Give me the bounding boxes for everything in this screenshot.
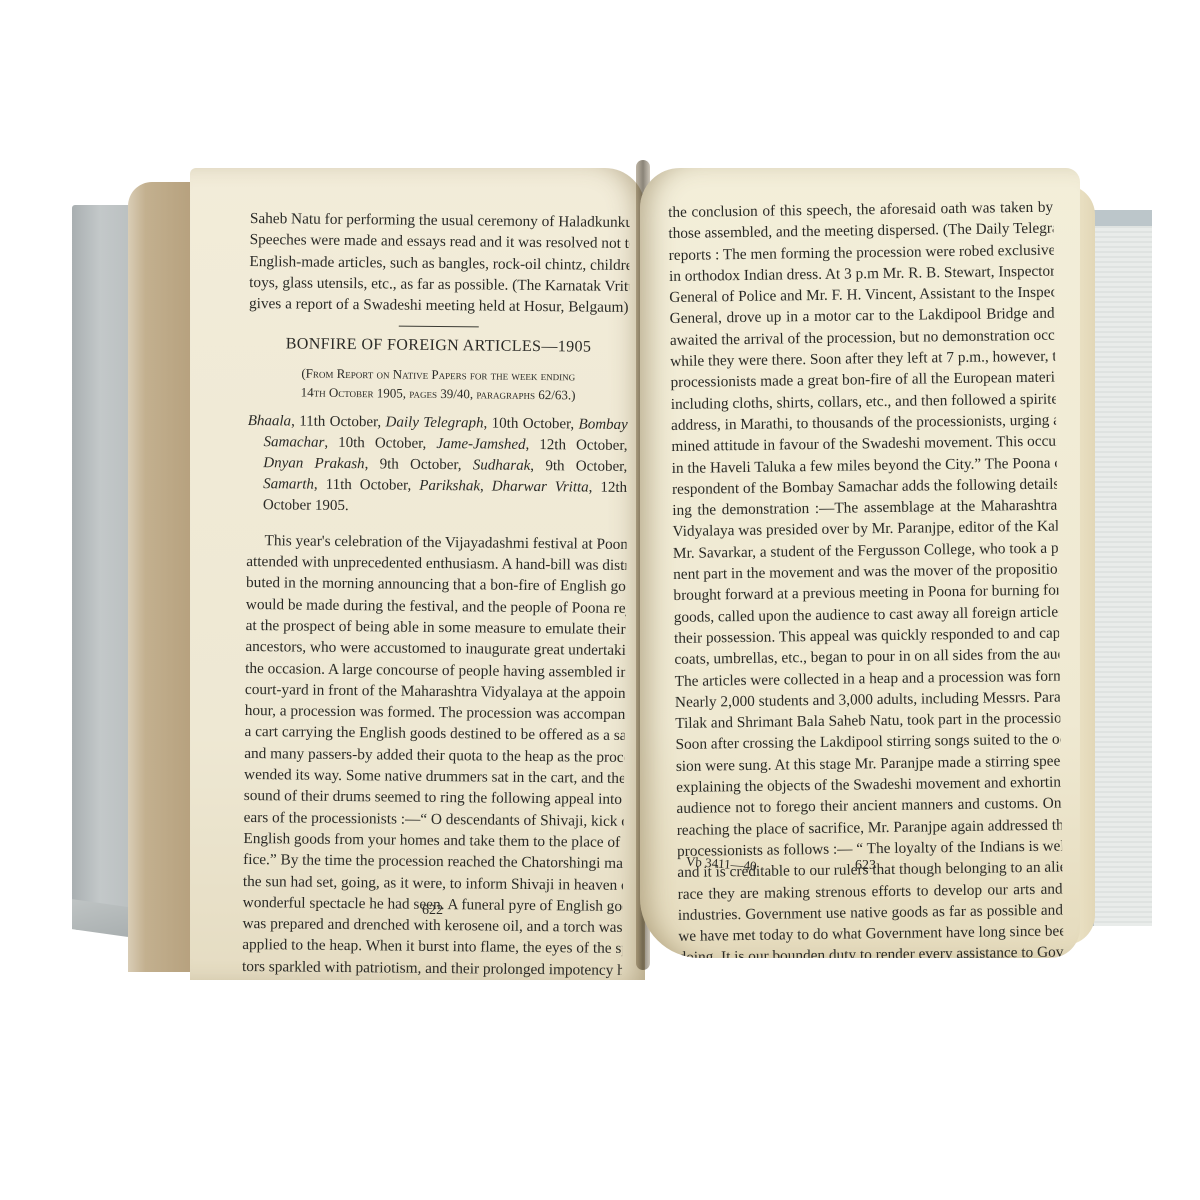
citation-date: , bbox=[480, 478, 492, 494]
citation-date: , 11th October, bbox=[291, 413, 386, 430]
newspaper-citations: Bhaala, 11th October, Daily Telegraph, 1… bbox=[247, 411, 628, 520]
page-number: 623 bbox=[855, 858, 876, 874]
source-note: (From Report on Native Papers for the we… bbox=[248, 363, 628, 405]
citation-date: , 10th October, bbox=[483, 415, 578, 432]
text-line: gives a report of a Swadeshi meeting hel… bbox=[249, 293, 629, 318]
citation-date: , 9th October, bbox=[365, 456, 473, 473]
newspaper-name: Daily Telegraph bbox=[385, 414, 483, 431]
intro-paragraph: Saheb Natu for performing the usual cere… bbox=[249, 208, 630, 318]
citation-date: , 9th October, bbox=[530, 458, 627, 475]
left-page-block-edge bbox=[128, 182, 198, 972]
citation-date: , 11th October, bbox=[314, 476, 419, 493]
left-page: Saheb Natu for performing the usual cere… bbox=[190, 168, 645, 980]
newspaper-name: Dnyan Prakash bbox=[263, 455, 364, 472]
section-heading: BONFIRE OF FOREIGN ARTICLES—1905 bbox=[248, 333, 628, 358]
body-paragraph: the conclusion of this speech, the afore… bbox=[668, 197, 1066, 958]
newspaper-name: Sudharak bbox=[473, 457, 531, 474]
newspaper-name: Jame-Jamshed bbox=[436, 436, 525, 453]
newspaper-name: Samarth bbox=[263, 476, 314, 493]
left-page-text: Saheb Natu for performing the usual cere… bbox=[240, 208, 630, 980]
source-note-line-1: (From Report on Native Papers for the we… bbox=[301, 365, 575, 383]
right-cover-board bbox=[1090, 210, 1152, 926]
right-page-text: the conclusion of this speech, the afore… bbox=[668, 197, 1066, 958]
page-number: 622 bbox=[422, 903, 443, 919]
citation-date: , 12th October, bbox=[525, 437, 627, 454]
newspaper-name: Dharwar Vritta bbox=[492, 478, 589, 495]
section-divider bbox=[399, 326, 479, 328]
newspaper-name: Bhaala bbox=[248, 413, 292, 429]
citation-date: , 10th October, bbox=[324, 435, 436, 452]
text-line: tors sparkled with patriotism, and their… bbox=[242, 956, 622, 980]
right-page: the conclusion of this speech, the afore… bbox=[640, 168, 1080, 958]
source-note-line-2: 14th October 1905, pages 39/40, paragrap… bbox=[301, 384, 576, 402]
newspaper-name: Parikshak bbox=[419, 478, 480, 495]
